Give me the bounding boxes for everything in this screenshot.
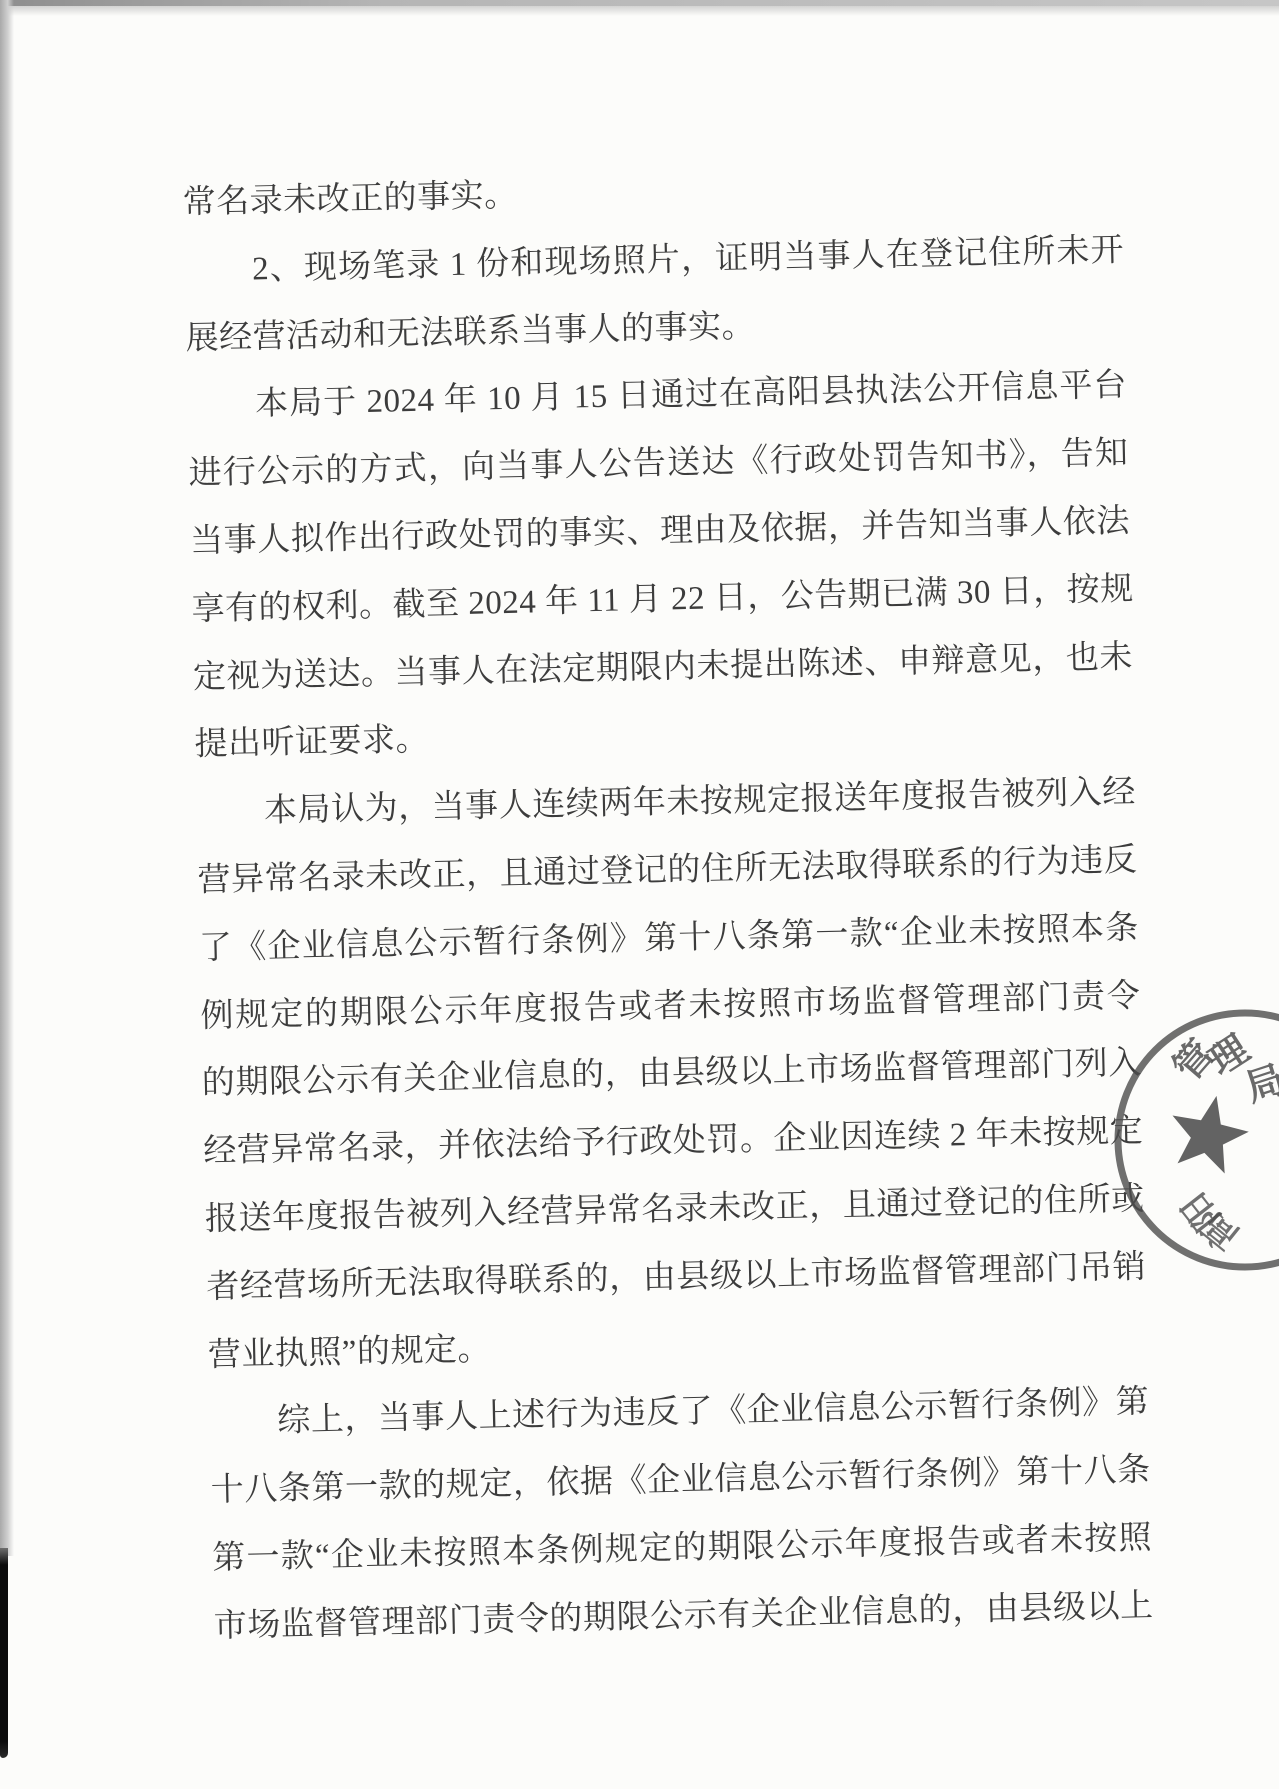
scan-edge-left	[0, 0, 14, 1556]
scan-edge-black-strip	[0, 1548, 8, 1758]
document-text: 常名录未改正的事实。2、现场笔录 1 份和现场照片，证明当事人在登记住所未开展经…	[182, 149, 1154, 1661]
seal-arc-character: 阳	[1169, 1184, 1230, 1242]
seal-arc-character: 高	[1190, 1203, 1249, 1264]
star-icon	[1163, 1088, 1255, 1177]
seal-arc-character: 管	[1158, 1026, 1224, 1091]
seal-arc-character: 理	[1196, 1019, 1258, 1086]
scan-edge-top-fade	[0, 6, 1279, 16]
seal-arc-character: 局	[1237, 1048, 1279, 1112]
